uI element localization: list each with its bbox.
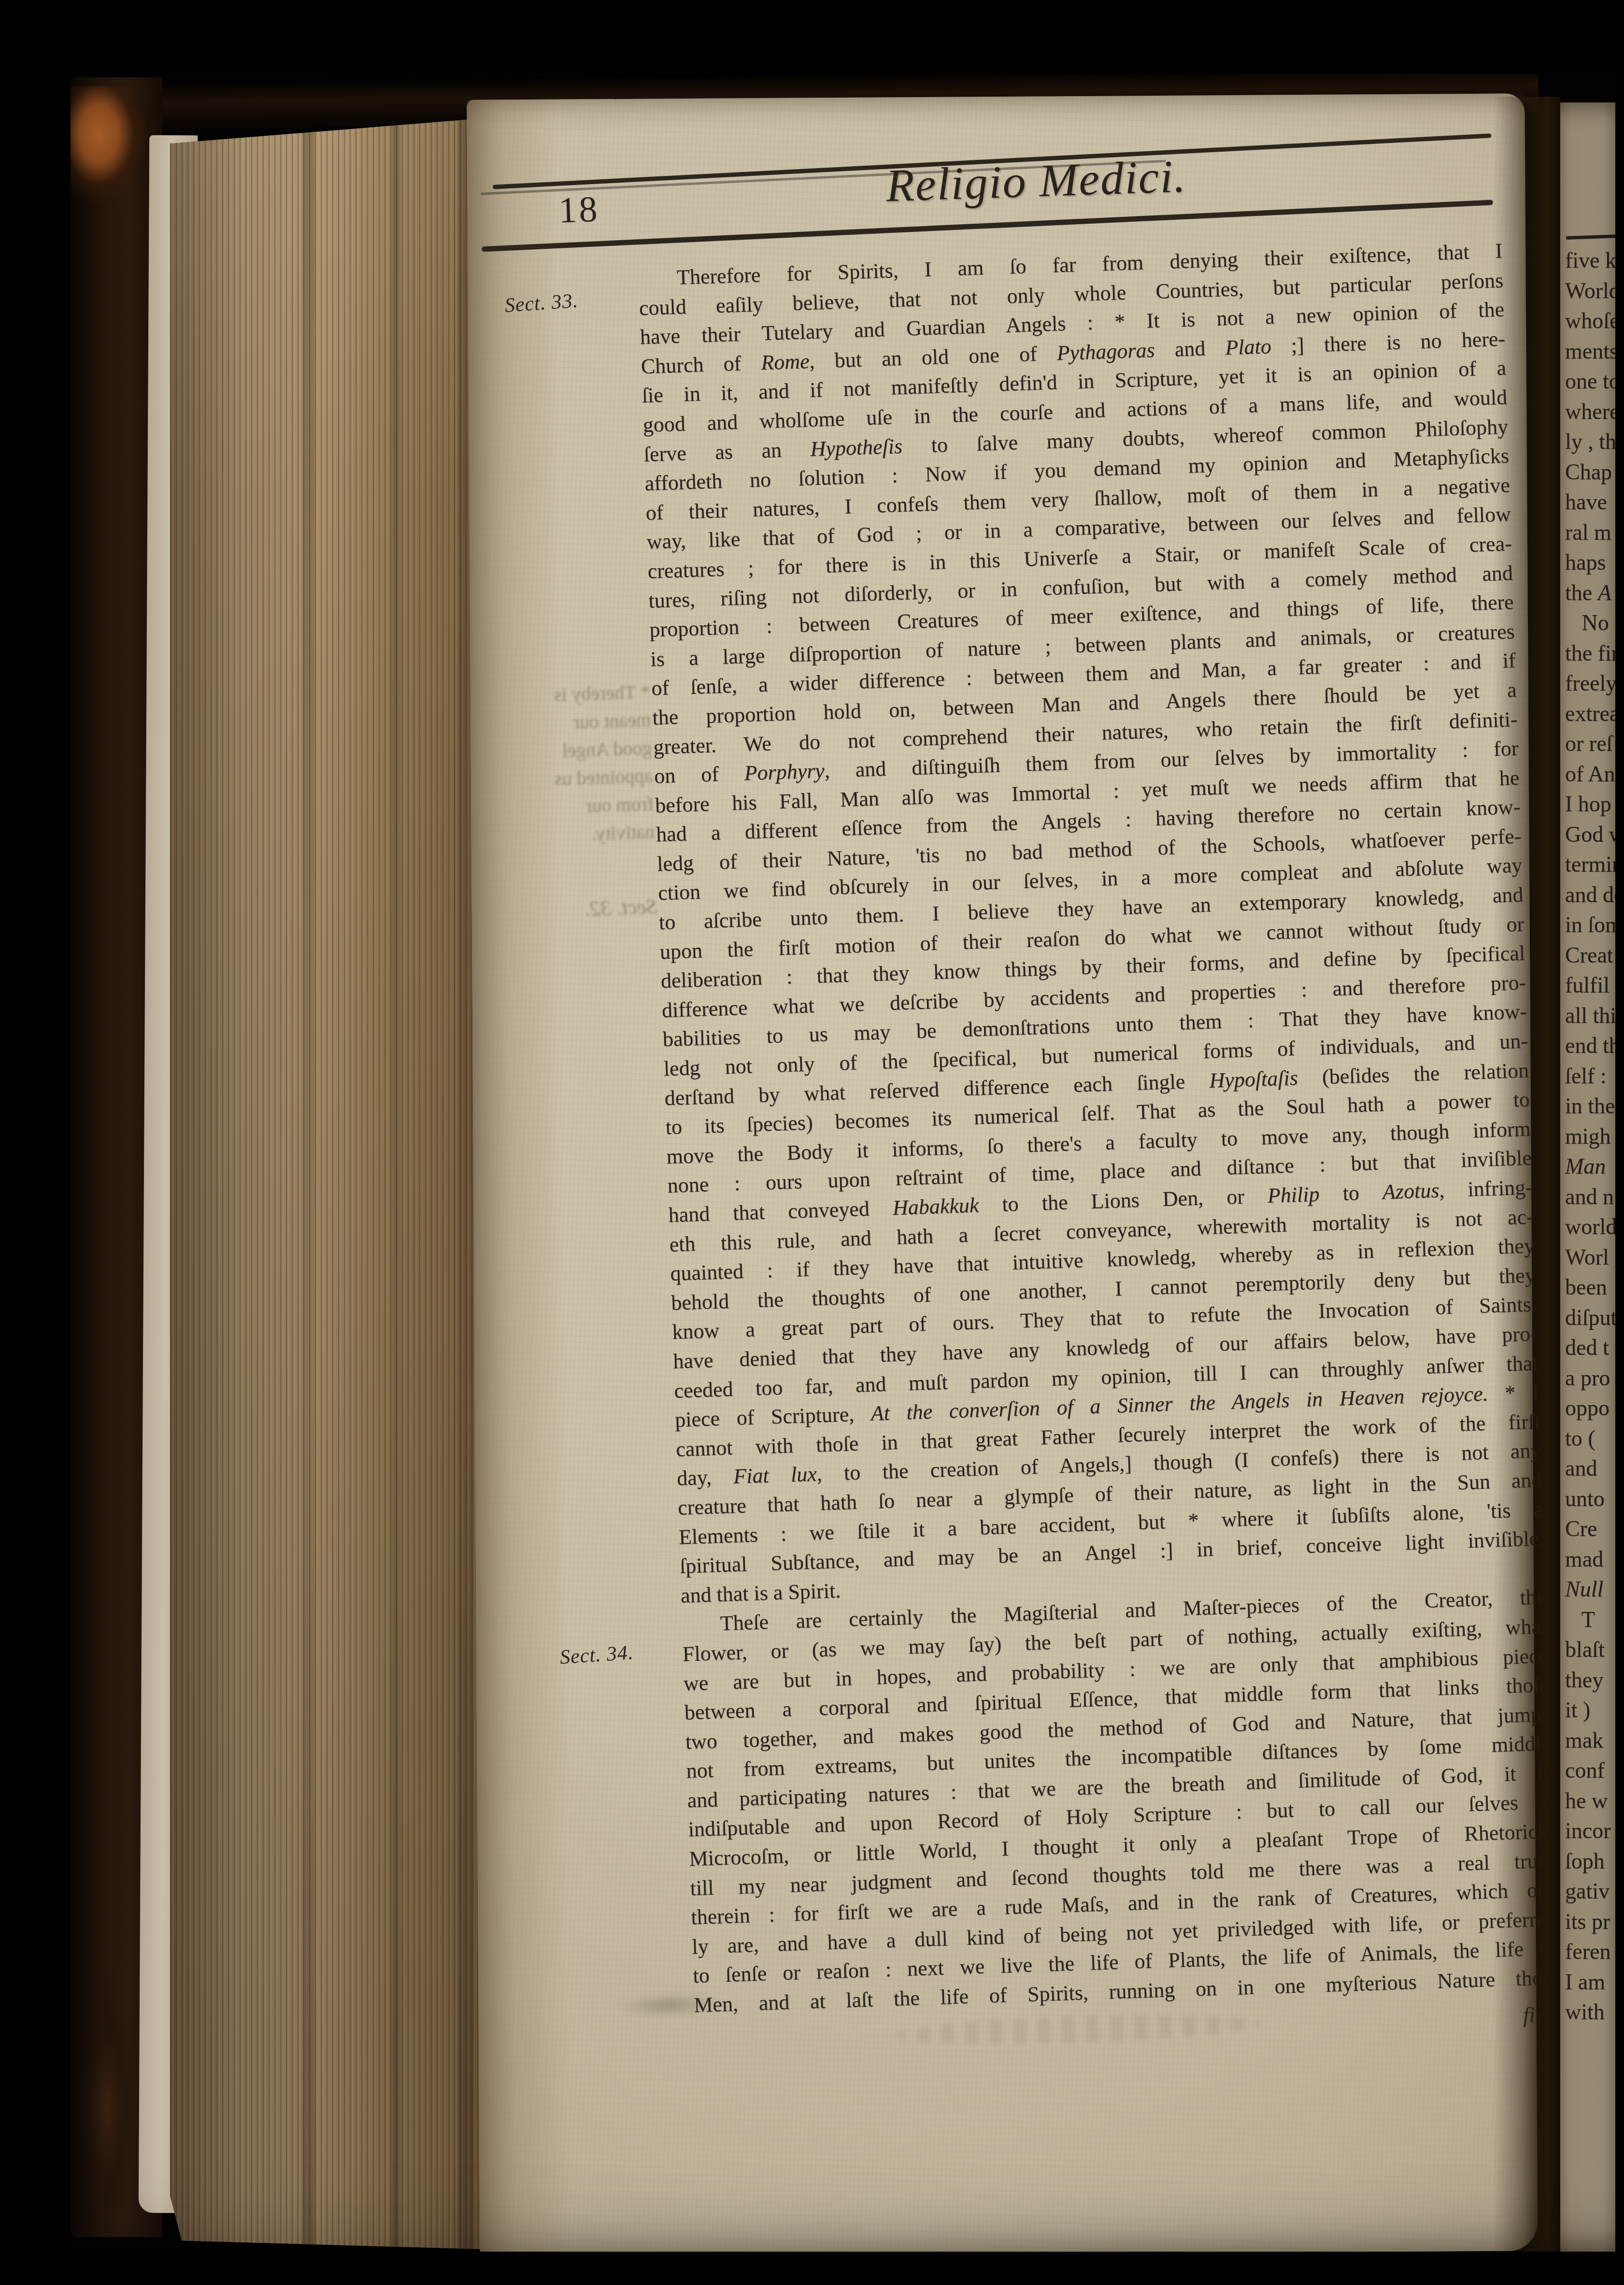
- photo-frame-right: [1615, 0, 1624, 2285]
- photo-frame-left: [0, 0, 71, 2285]
- show-through-sect-label: Sect. 32.: [528, 894, 657, 923]
- worn-leather-bottom: [73, 1870, 141, 2208]
- photo-frame-bottom: [0, 2252, 1624, 2285]
- gutter-shadow: [1493, 97, 1560, 2256]
- photo-frame-top: [0, 0, 1624, 73]
- margin-note-sect-33: Sect. 33.: [504, 289, 579, 317]
- section-34-paragraph: Theſe are certainly the Magiſterial and …: [681, 1582, 1558, 2020]
- fore-edge-streak: [392, 114, 399, 2249]
- left-page-content: 18 Religio Medici. Sect. 33. Sect. 34. *…: [464, 80, 1591, 2271]
- running-title: Religio Medici.: [466, 138, 1524, 226]
- left-page: 18 Religio Medici. Sect. 33. Sect. 34. *…: [467, 93, 1538, 2257]
- ink-show-through: * Thereby ismeant ourgood Angelappointed…: [522, 678, 657, 923]
- section-33-paragraph: Therefore for Spirits, I am ſo far from …: [638, 236, 1545, 1610]
- show-through-note: * Thereby ismeant ourgood Angelappointed…: [522, 678, 655, 850]
- main-text-column: Therefore for Spirits, I am ſo far from …: [638, 236, 1560, 2055]
- worn-leather-corner: [68, 86, 150, 245]
- margin-note-sect-34: Sect. 34.: [559, 1641, 634, 1669]
- photo-open-book: 18 Religio Medici. Sect. 33. Sect. 34. *…: [0, 0, 1624, 2285]
- fore-edge-streak: [302, 114, 315, 2249]
